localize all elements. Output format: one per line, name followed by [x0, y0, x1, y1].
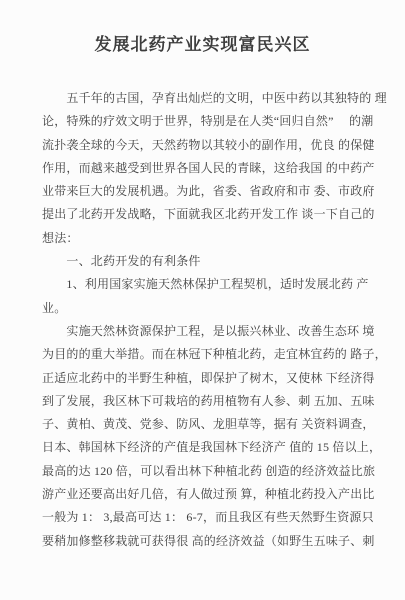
- text-line: 业。: [42, 297, 379, 320]
- text-line: 游产业还要高出好几倍，有人做过预 算，种植北药投入产出比: [42, 483, 379, 506]
- text-line: 提出了北药开发战略，下面就我区北药开发工作 谈一下自己的: [42, 203, 379, 226]
- text-line: 论，特殊的疗效文明于世界，特别是在人类“回归自然” 的潮: [42, 110, 379, 133]
- text-line: 作用，而越来越受到世界各国人民的青睐，这给我国 的中药产: [42, 157, 379, 180]
- section-heading-line: 一、北药开发的有利条件: [42, 250, 379, 273]
- text-line: 想法：: [42, 227, 379, 250]
- text-line: 要稍加修整移栽就可获得很 高的经济效益（如野生五味子、刺: [42, 530, 379, 553]
- text-line: 1、利用国家实施天然林保护工程契机，适时发展北药 产: [42, 273, 379, 296]
- document-body: 五千年的古国，孕育出灿烂的文明，中医中药以其独特的 理 论，特殊的疗效文明于世界…: [0, 87, 405, 553]
- text-line: 流扑袭全球的今天，天然药物以其较小的副作用，优良 的保健: [42, 134, 379, 157]
- document-page: 发展北药产业实现富民兴区 五千年的古国，孕育出灿烂的文明，中医中药以其独特的 理…: [0, 0, 405, 600]
- text-line: 正适应北药中的半野生种植，即保护了树木，又使林 下经济得: [42, 367, 379, 390]
- page-title: 发展北药产业实现富民兴区: [0, 0, 405, 55]
- text-line: 为目的的重大举措。而在林冠下种植北药，走宜林宜药的 路子，: [42, 343, 379, 366]
- text-line: 最高的达 120 倍，可以看出林下种植北药 创造的经济效益比旅: [42, 460, 379, 483]
- text-line: 实施天然林资源保护工程，是以振兴林业、改善生态环 境: [42, 320, 379, 343]
- text-line: 子、黄柏、黄茂、党参、防风、龙胆草等，据有 关资料调查，: [42, 413, 379, 436]
- text-line: 业带来巨大的发展机遇。为此，省委、省政府和市 委、市政府: [42, 180, 379, 203]
- text-line: 日本、韩国林下经济的产值是我国林下经济产 值的 15 倍以上，: [42, 436, 379, 459]
- text-line: 五千年的古国，孕育出灿烂的文明，中医中药以其独特的 理: [42, 87, 379, 110]
- text-line: 一般为 1： 3,最高可达 1： 6-7，而且我区有些天然野生资源只: [42, 506, 379, 529]
- text-line: 到了发展，我区林下可栽培的药用植物有人参、刺 五加、五味: [42, 390, 379, 413]
